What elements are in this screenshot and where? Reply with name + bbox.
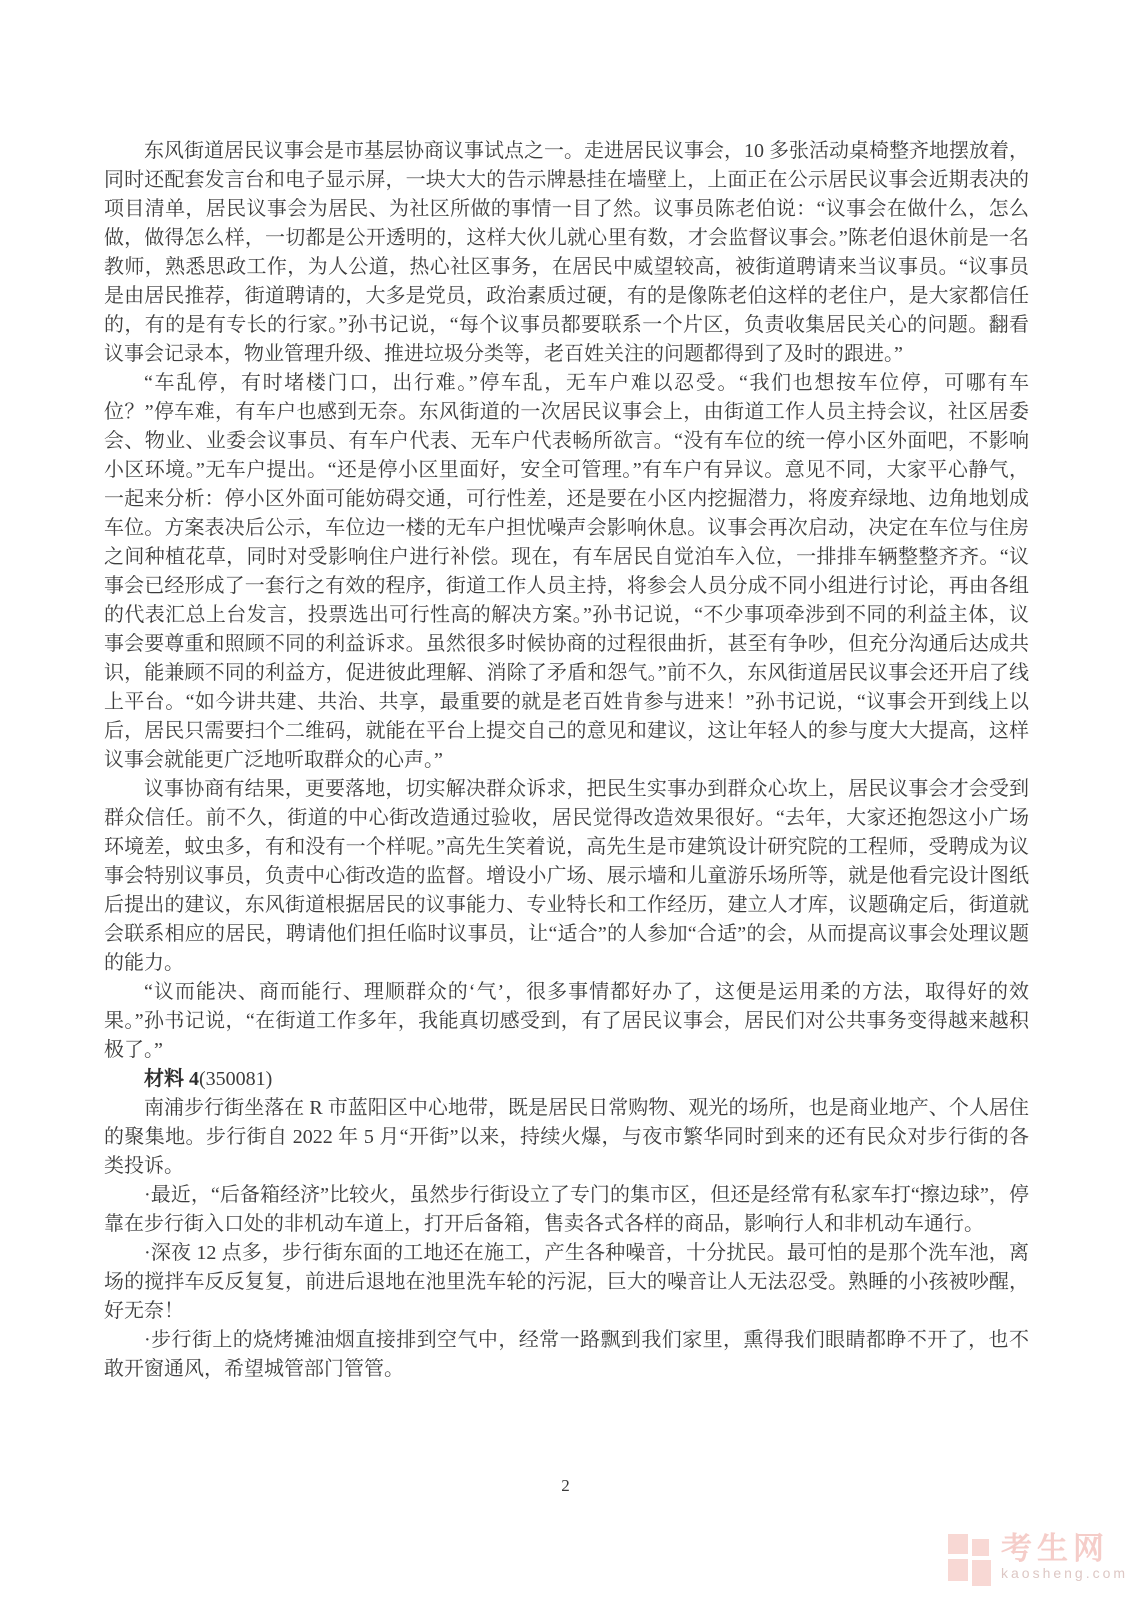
kaosheng-logo-icon xyxy=(948,1534,994,1586)
bullet-item: ·步行街上的烧烤摊油烟直接排到空气中，经常一路飘到我们家里，熏得我们眼睛都睁不开… xyxy=(104,1326,1029,1384)
bullet-item: ·深夜 12 点多，步行街东面的工地还在施工，产生各种噪音，十分扰民。最可怕的是… xyxy=(104,1239,1029,1326)
material-heading-label: 材料 4 xyxy=(144,1068,199,1090)
paragraph: 议事协商有结果，更要落地，切实解决群众诉求，把民生实事办到群众心坎上，居民议事会… xyxy=(104,775,1029,978)
paragraph: “议而能决、商而能行、理顺群众的‘气’，很多事情都好办了，这便是运用柔的方法，取… xyxy=(104,978,1029,1065)
bullet-item: ·最近，“后备箱经济”比较火，虽然步行街设立了专门的集市区，但还是经常有私家车打… xyxy=(104,1181,1029,1239)
document-body: 东风街道居民议事会是市基层协商议事试点之一。走进居民议事会，10 多张活动桌椅整… xyxy=(104,137,1029,1384)
watermark-site-url: kaosheng.com xyxy=(1001,1565,1128,1581)
document-page: 东风街道居民议事会是市基层协商议事试点之一。走进居民议事会，10 多张活动桌椅整… xyxy=(0,0,1131,1600)
paragraph: 南浦步行街坐落在 R 市蓝阳区中心地带，既是居民日常购物、观光的场所，也是商业地… xyxy=(104,1094,1029,1181)
material-heading-code: (350081) xyxy=(199,1068,272,1090)
kaosheng-watermark: 考生网 kaosheng.com xyxy=(948,1532,1128,1586)
page-number: 2 xyxy=(0,1476,1131,1496)
material-heading: 材料 4(350081) xyxy=(104,1065,1029,1094)
watermark-site-name: 考生网 xyxy=(1001,1532,1128,1565)
paragraph: “车乱停，有时堵楼门口，出行难。”停车乱，无车户难以忍受。“我们也想按车位停，可… xyxy=(104,369,1029,775)
paragraph: 东风街道居民议事会是市基层协商议事试点之一。走进居民议事会，10 多张活动桌椅整… xyxy=(104,137,1029,369)
